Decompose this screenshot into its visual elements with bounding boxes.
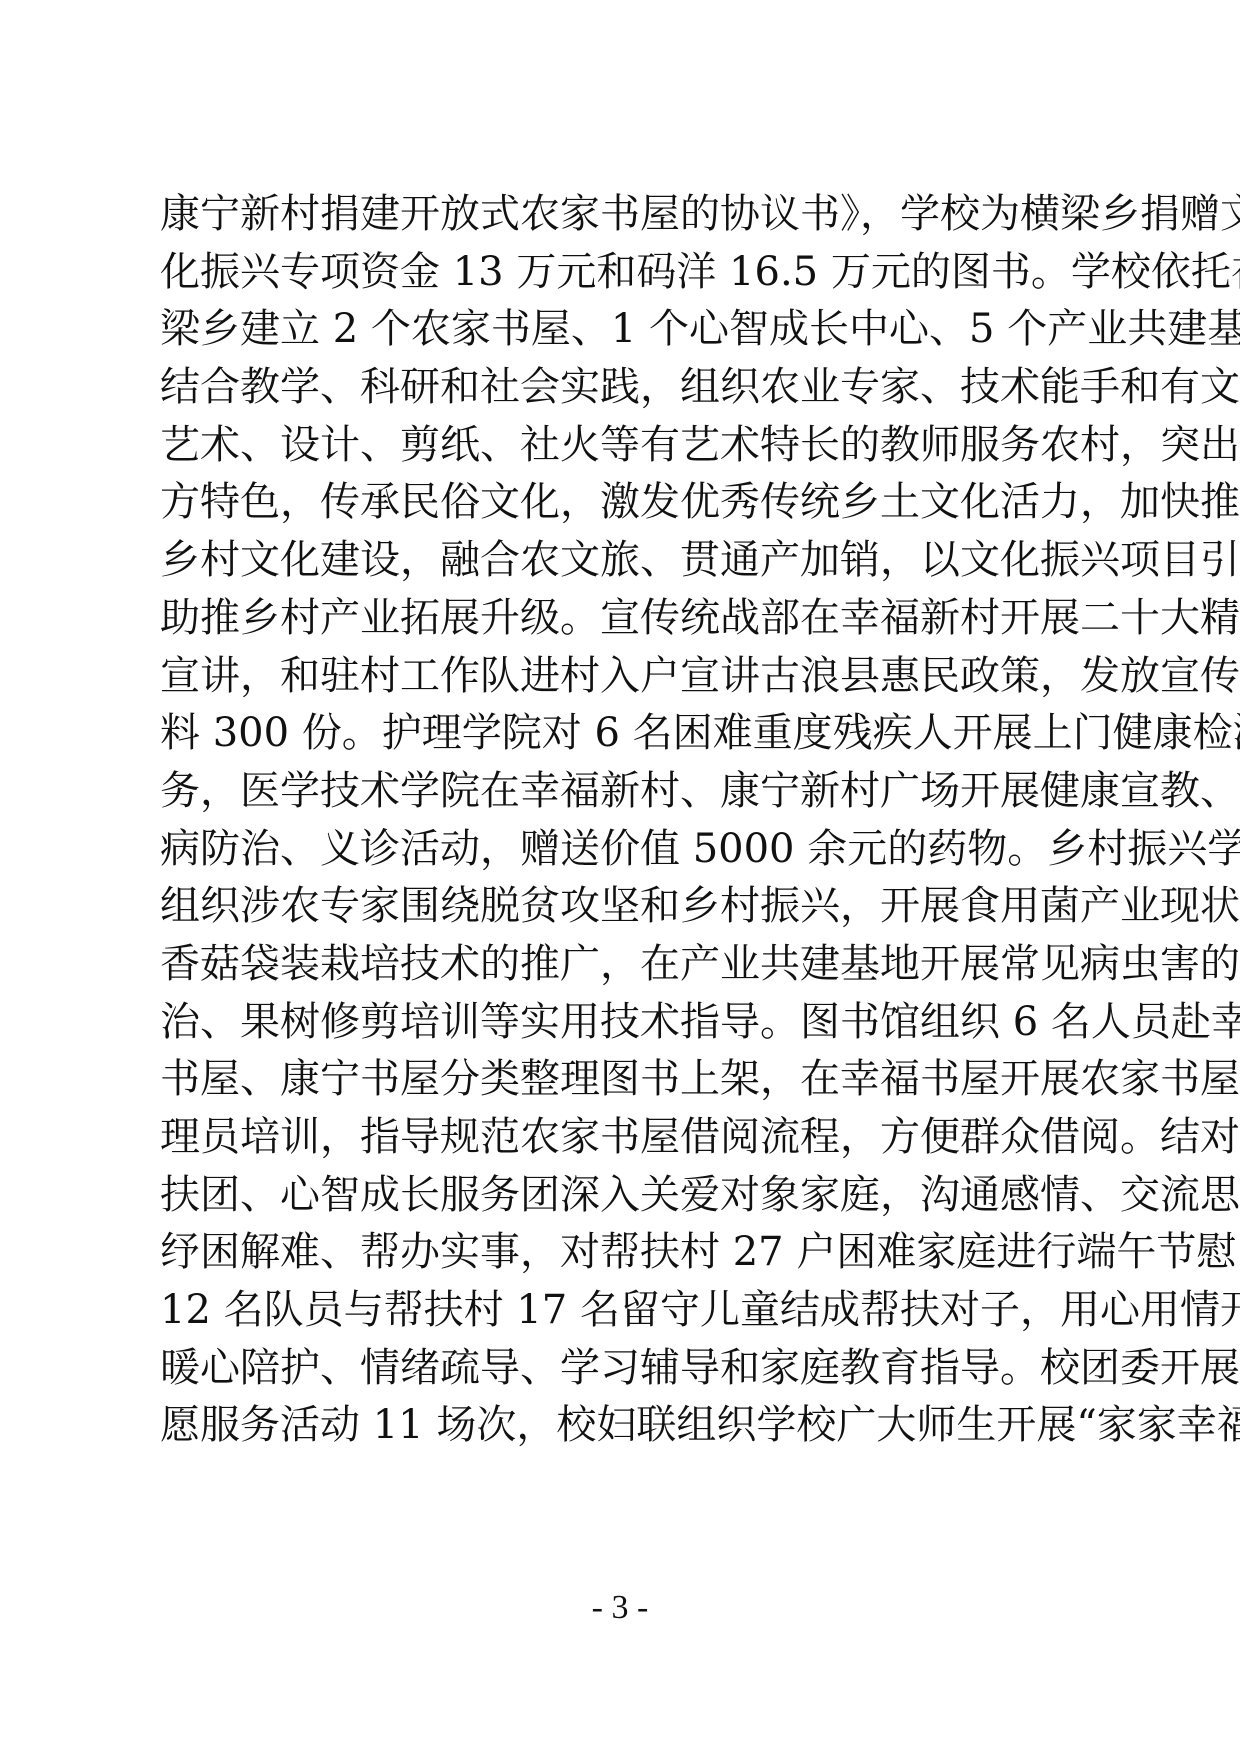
text-line: 宣讲，和驻村工作队进村入户宣讲古浪县惠民政策，发放宣传资 <box>160 648 1080 706</box>
text-line: 书屋、康宁书屋分类整理图书上架，在幸福书屋开展农家书屋管 <box>160 1051 1080 1109</box>
text-line: 梁乡建立 2 个农家书屋、1 个心智成长中心、5 个产业共建基地， <box>160 301 1080 359</box>
text-line: 方特色，传承民俗文化，激发优秀传统乡土文化活力，加快推进 <box>160 474 1080 532</box>
page-number: - 3 - <box>0 1588 1240 1628</box>
text-line: 艺术、设计、剪纸、社火等有艺术特长的教师服务农村，突出地 <box>160 417 1080 475</box>
text-line: 结合教学、科研和社会实践，组织农业专家、技术能手和有文创、 <box>160 359 1080 417</box>
text-line: 扶团、心智成长服务团深入关爱对象家庭，沟通感情、交流思想， <box>160 1167 1080 1225</box>
text-line: 纾困解难、帮办实事，对帮扶村 27 户困难家庭进行端午节慰问， <box>160 1224 1080 1282</box>
text-line: 香菇袋装栽培技术的推广，在产业共建基地开展常见病虫害的防 <box>160 936 1080 994</box>
text-line: 助推乡村产业拓展升级。宣传统战部在幸福新村开展二十大精神 <box>160 590 1080 648</box>
text-line: 乡村文化建设，融合农文旅、贯通产加销，以文化振兴项目引领 <box>160 532 1080 590</box>
text-line: 暖心陪护、情绪疏导、学习辅导和家庭教育指导。校团委开展志 <box>160 1340 1080 1398</box>
document-page: 康宁新村捐建开放式农家书屋的协议书》，学校为横梁乡捐赠文 化振兴专项资金 13 … <box>0 0 1240 1754</box>
body-paragraph: 康宁新村捐建开放式农家书屋的协议书》，学校为横梁乡捐赠文 化振兴专项资金 13 … <box>160 186 1080 1455</box>
text-line: 理员培训，指导规范农家书屋借阅流程，方便群众借阅。结对帮 <box>160 1109 1080 1167</box>
text-line: 12 名队员与帮扶村 17 名留守儿童结成帮扶对子，用心用情开展 <box>160 1282 1080 1340</box>
text-line: 病防治、义诊活动，赠送价值 5000 余元的药物。乡村振兴学院 <box>160 821 1080 879</box>
text-line: 料 300 份。护理学院对 6 名困难重度残疾人开展上门健康检测服 <box>160 705 1080 763</box>
text-line: 治、果树修剪培训等实用技术指导。图书馆组织 6 名人员赴幸福 <box>160 994 1080 1052</box>
text-line: 组织涉农专家围绕脱贫攻坚和乡村振兴，开展食用菌产业现状和 <box>160 878 1080 936</box>
text-line: 愿服务活动 11 场次，校妇联组织学校广大师生开展“家家幸福 <box>160 1397 1080 1455</box>
text-line: 康宁新村捐建开放式农家书屋的协议书》，学校为横梁乡捐赠文 <box>160 186 1080 244</box>
text-line: 化振兴专项资金 13 万元和码洋 16.5 万元的图书。学校依托在横 <box>160 244 1080 302</box>
text-line: 务，医学技术学院在幸福新村、康宁新村广场开展健康宣教、慢 <box>160 763 1080 821</box>
